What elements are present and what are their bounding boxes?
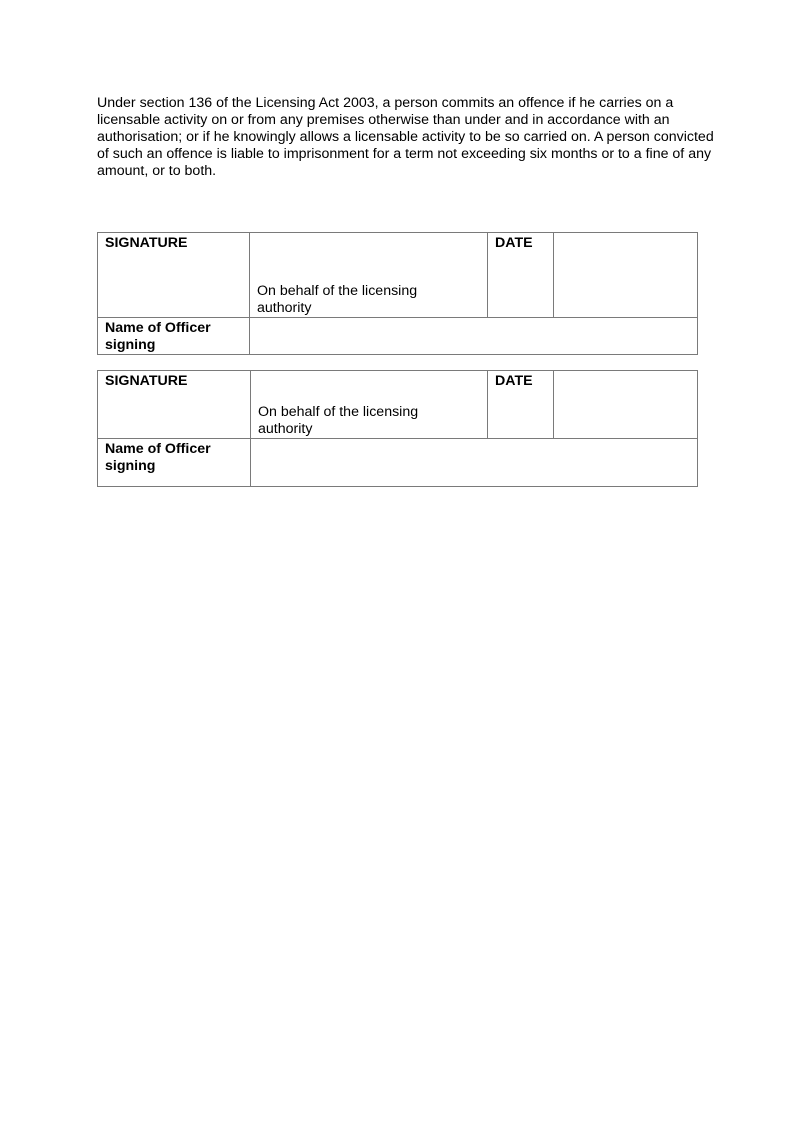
signature-field[interactable]: On behalf of the licensing authority <box>250 233 488 318</box>
signature-label-cell: SIGNATURE <box>98 371 251 439</box>
date-label: DATE <box>488 233 553 252</box>
signature-field[interactable]: On behalf of the licensing authority <box>251 371 488 439</box>
on-behalf-text: On behalf of the licensing authority <box>257 283 457 317</box>
signature-label-cell: SIGNATURE <box>98 233 250 318</box>
signature-table-1: SIGNATURE On behalf of the licensing aut… <box>97 232 698 355</box>
date-field[interactable] <box>554 371 698 439</box>
signature-label: SIGNATURE <box>98 371 250 390</box>
officer-name-field[interactable] <box>251 439 698 487</box>
officer-name-label: Name of Officer signing <box>98 318 249 354</box>
date-field[interactable] <box>554 233 698 318</box>
date-label: DATE <box>488 371 553 390</box>
offence-notice: Under section 136 of the Licensing Act 2… <box>97 95 717 180</box>
officer-label-cell: Name of Officer signing <box>98 318 250 355</box>
officer-name-label: Name of Officer signing <box>98 439 250 475</box>
officer-label-cell: Name of Officer signing <box>98 439 251 487</box>
signature-table-2: SIGNATURE On behalf of the licensing aut… <box>97 370 698 487</box>
officer-name-field[interactable] <box>250 318 698 355</box>
date-label-cell: DATE <box>488 233 554 318</box>
signature-label: SIGNATURE <box>98 233 249 252</box>
on-behalf-text: On behalf of the licensing authority <box>258 404 458 438</box>
date-label-cell: DATE <box>488 371 554 439</box>
